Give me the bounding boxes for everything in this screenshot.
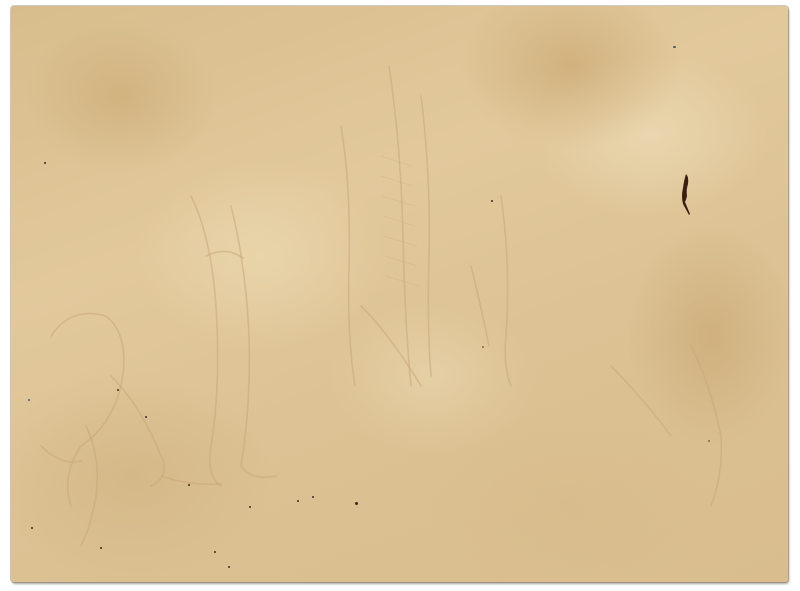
speck bbox=[673, 46, 676, 48]
ink-mark bbox=[680, 174, 692, 220]
speck bbox=[145, 416, 147, 418]
speck bbox=[297, 500, 299, 502]
aged-paper bbox=[11, 6, 788, 582]
speck bbox=[31, 527, 33, 529]
image-canvas bbox=[0, 0, 800, 591]
speck bbox=[228, 566, 230, 568]
speck bbox=[491, 200, 493, 202]
speck bbox=[214, 551, 216, 553]
speck bbox=[117, 389, 119, 391]
speck bbox=[249, 506, 251, 508]
speck bbox=[44, 162, 46, 164]
speck bbox=[708, 440, 710, 442]
speck bbox=[312, 496, 314, 498]
speck bbox=[355, 502, 358, 505]
ghost-figures-outline bbox=[11, 6, 788, 582]
speck bbox=[188, 484, 190, 486]
speck bbox=[28, 399, 30, 401]
speck bbox=[482, 346, 484, 348]
speck bbox=[100, 547, 102, 549]
